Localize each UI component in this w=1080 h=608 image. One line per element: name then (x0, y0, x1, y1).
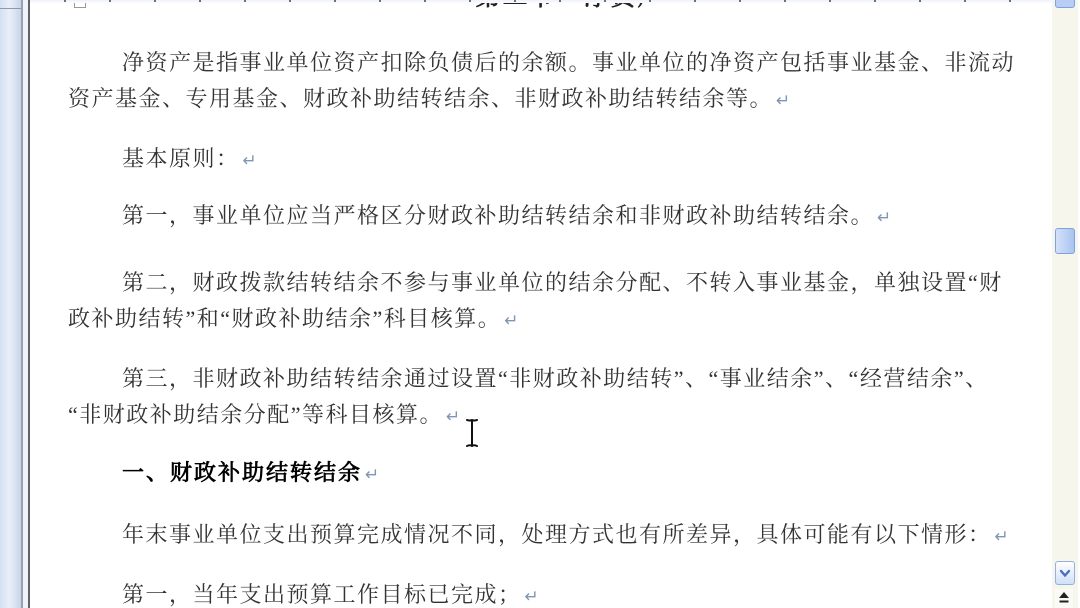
line-text: “非财政补助结余分配”等科目核算。 (68, 402, 443, 427)
line-text: 基本原则： (122, 146, 240, 171)
left-window-edge-strip (0, 0, 23, 608)
paragraph-mark-icon: ↵ (776, 91, 792, 111)
line-text: 第一，当年支出预算工作目标已完成； (122, 582, 522, 607)
word-processor-window: 第二节 净资产 净资产是指事业单位资产扣除负债后的余额。事业单位的净资产包括事业… (0, 0, 1080, 608)
previous-page-button[interactable] (1055, 589, 1073, 608)
document-content: 第二节 净资产 净资产是指事业单位资产扣除负债后的余额。事业单位的净资产包括事业… (68, 0, 1052, 608)
paragraph-mark-icon: ↵ (365, 465, 381, 485)
paragraph-line[interactable]: 第三，非财政补助结转结余通过设置“非财政补助结转”、“事业结余”、“经营结余”、 (68, 366, 989, 392)
line-text: 资产基金、专用基金、财政补助结转结余、非财政补助结转结余等。 (68, 86, 773, 111)
paragraph-line[interactable]: “非财政补助结余分配”等科目核算。↵ (68, 402, 462, 430)
vertical-scrollbar[interactable] (1052, 0, 1078, 608)
paragraph-mark-icon: ↵ (877, 208, 893, 228)
document-page[interactable]: 第二节 净资产 净资产是指事业单位资产扣除负债后的余额。事业单位的净资产包括事业… (30, 0, 1052, 608)
paragraph-line[interactable]: 净资产是指事业单位资产扣除负债后的余额。事业单位的净资产包括事业基金、非流动 (68, 50, 1015, 76)
paragraph-line[interactable]: 第一，当年支出预算工作目标已完成；↵ (68, 582, 540, 608)
paragraph-mark-icon: ↵ (504, 311, 520, 331)
line-text: 年末事业单位支出预算完成情况不同，处理方式也有所差异，具体可能有以下情形： (122, 522, 992, 547)
paragraph-mark-icon: ↵ (525, 587, 541, 607)
scrollbar-thumb[interactable] (1055, 228, 1075, 254)
scroll-up-button-cropped[interactable] (1055, 0, 1075, 8)
section-heading[interactable]: 一、财政补助结转结余↵ (68, 460, 381, 488)
paragraph-line[interactable]: 第一，事业单位应当严格区分财政补助结转结余和非财政补助结转结余。↵ (68, 203, 893, 231)
paragraph-mark-icon: ↵ (995, 527, 1011, 547)
previous-page-icon (1058, 591, 1070, 607)
ruler-tick-marks (64, 0, 1050, 2)
paragraph-line[interactable]: 政补助结转”和“财政补助结余”科目核算。↵ (68, 306, 520, 334)
paragraph-line[interactable]: 年末事业单位支出预算完成情况不同，处理方式也有所差异，具体可能有以下情形：↵ (68, 522, 1010, 550)
text-ibeam-cursor (463, 418, 481, 453)
line-text: 政补助结转”和“财政补助结余”科目核算。 (68, 306, 501, 331)
line-text: 第一，事业单位应当严格区分财政补助结转结余和非财政补助结转结余。 (122, 203, 874, 228)
paragraph-line[interactable]: 资产基金、专用基金、财政补助结转结余、非财政补助结转结余等。↵ (68, 86, 792, 114)
paragraph-mark-icon: ↵ (446, 407, 462, 427)
paragraph-line[interactable]: 基本原则：↵ (68, 146, 258, 174)
horizontal-ruler-cropped (30, 0, 1052, 3)
scroll-down-button[interactable] (1055, 561, 1075, 585)
chevron-down-icon (1059, 569, 1071, 578)
paragraph-mark-icon: ↵ (243, 151, 259, 171)
paragraph-line[interactable]: 第二，财政拨款结转结余不参与事业单位的结余分配、不转入事业基金，单独设置“财 (68, 270, 1003, 296)
left-strip-divider (0, 8, 21, 9)
heading-text: 一、财政补助结转结余 (122, 460, 362, 485)
